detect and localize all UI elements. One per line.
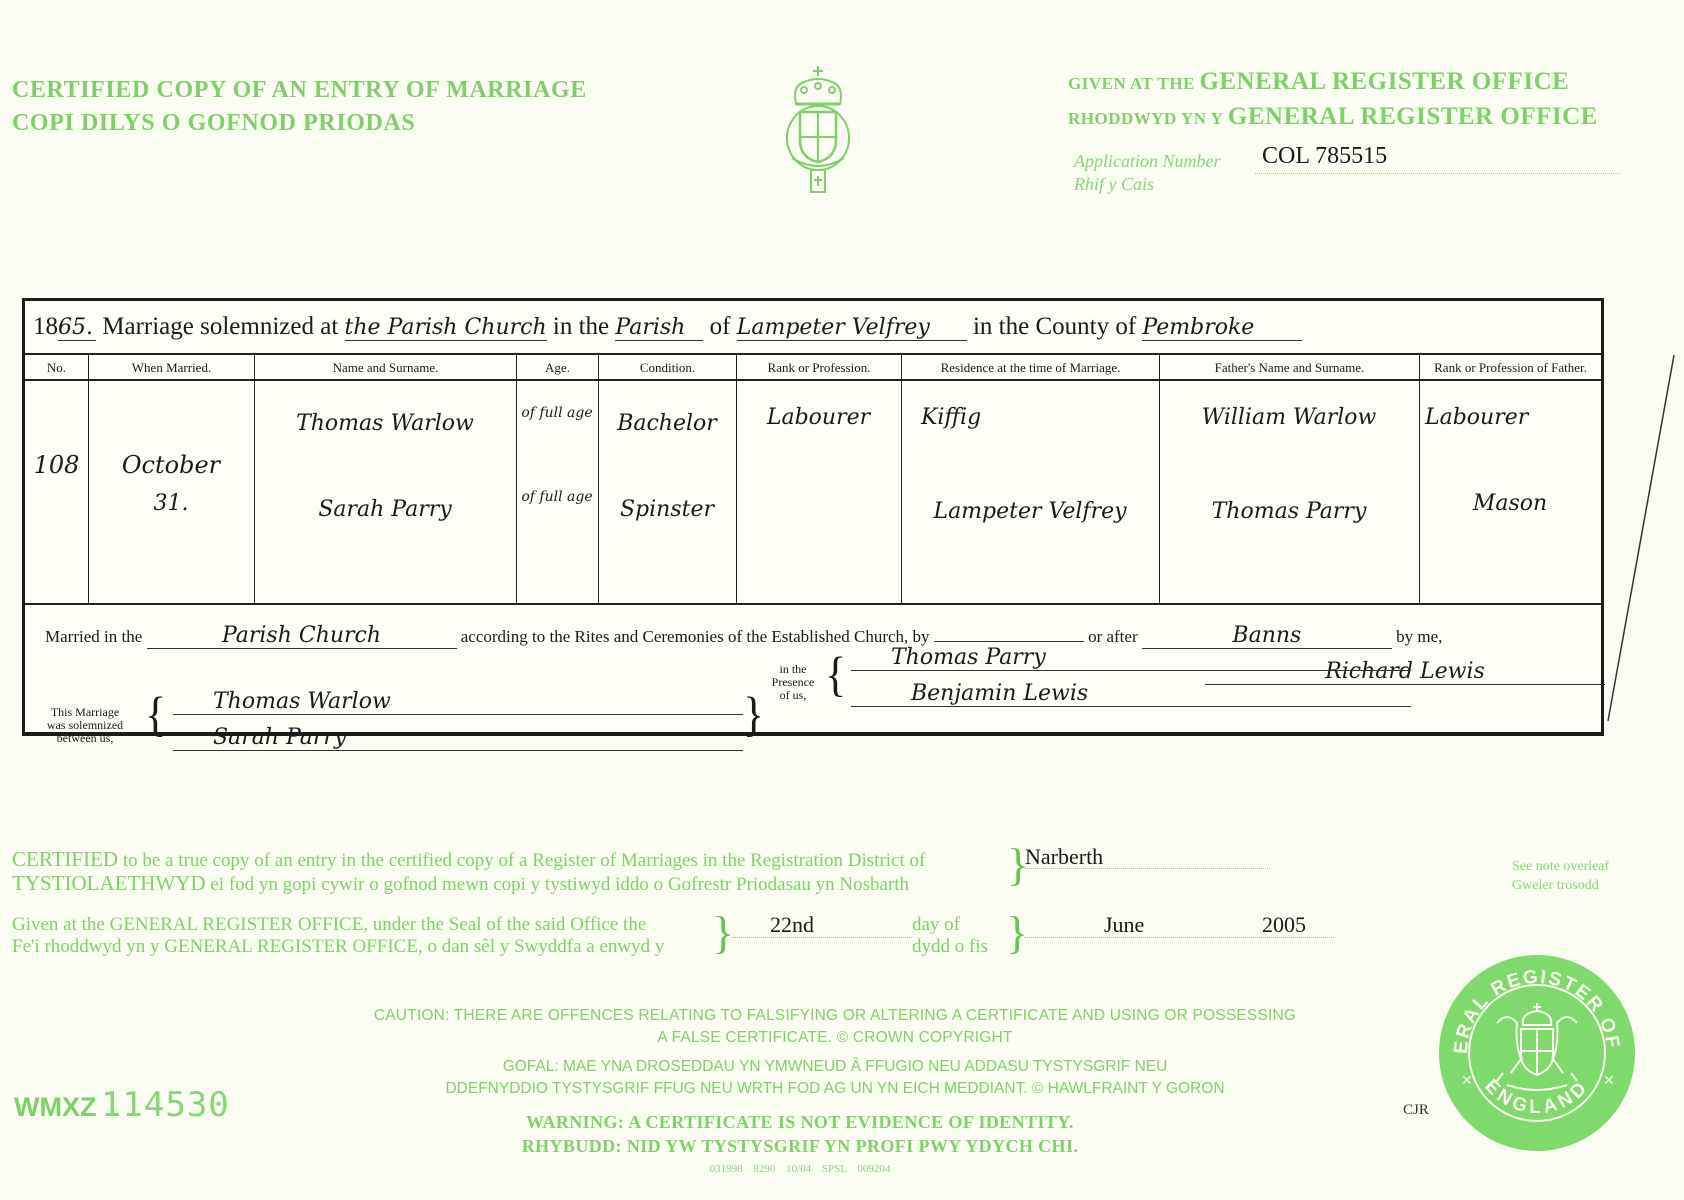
given-at-label: GIVEN AT THE bbox=[1068, 74, 1195, 93]
caution-notice-welsh: GOFAL: MAE YNA DROSEDDAU YN YMWNEUD Â FF… bbox=[290, 1056, 1380, 1100]
col-rank: Rank or Profession. bbox=[736, 355, 901, 379]
certified-text-welsh: ei fod yn gopi cywir o gofnod mewn copi … bbox=[210, 874, 909, 895]
by-value bbox=[934, 641, 1084, 642]
by-me-label: by me, bbox=[1396, 627, 1442, 646]
presence-label: in the Presence of us, bbox=[763, 663, 823, 702]
groom-rank: Labourer bbox=[736, 405, 901, 430]
bride-name: Sarah Parry bbox=[254, 497, 516, 522]
registration-district: Narberth bbox=[1025, 844, 1103, 870]
registrar-initials: CJR bbox=[1403, 1102, 1429, 1119]
party-1-signature: Thomas Warlow bbox=[173, 689, 743, 715]
marriage-day: 31. bbox=[88, 491, 254, 516]
application-dotted-line bbox=[1255, 173, 1620, 174]
royal-coat-of-arms-icon bbox=[782, 62, 854, 198]
issuing-office: GIVEN AT THE GENERAL REGISTER OFFICE RHO… bbox=[1068, 66, 1598, 136]
married-in-value: Parish Church bbox=[147, 623, 457, 649]
bride-condition: Spinster bbox=[598, 497, 736, 522]
col-father-rank: Rank or Profession of Father. bbox=[1419, 355, 1601, 379]
entry-number: 108 bbox=[25, 451, 88, 479]
serial-number: 114530 bbox=[101, 1085, 230, 1125]
certificate-serial: WMXZ 114530 bbox=[14, 1085, 230, 1125]
certified-lead: CERTIFIED bbox=[12, 847, 118, 871]
col-when-married: When Married. bbox=[88, 355, 254, 379]
gofal-line-2: DDEFNYDDIO TYSTYSGRIF FFUG NEU WRTH FOD … bbox=[290, 1078, 1380, 1100]
day-dotted-line bbox=[732, 937, 912, 938]
office-name-welsh: GENERAL REGISTER OFFICE bbox=[1228, 103, 1598, 130]
year-prefix: 18 bbox=[33, 313, 58, 340]
caution-line-2: A FALSE CERTIFICATE. © CROWN COPYRIGHT bbox=[290, 1027, 1380, 1049]
serial-prefix: WMXZ bbox=[14, 1092, 96, 1122]
caution-line-1: CAUTION: THERE ARE OFFENCES RELATING TO … bbox=[290, 1005, 1380, 1027]
svg-text:✕: ✕ bbox=[1603, 1072, 1615, 1088]
bride-age: of full age bbox=[516, 489, 598, 505]
register-entry: 1865. Marriage solemnized at the Parish … bbox=[22, 298, 1604, 736]
column-headers: No. When Married. Name and Surname. Age.… bbox=[25, 353, 1601, 381]
title-english: CERTIFIED COPY OF AN ENTRY OF MARRIAGE bbox=[12, 74, 587, 107]
issue-month: June bbox=[1104, 912, 1144, 938]
groom-residence: Kiffig bbox=[901, 405, 1159, 430]
application-number-label: Application Number Rhif y Cais bbox=[1074, 150, 1221, 196]
certification-statement: CERTIFIED to be a true copy of an entry … bbox=[12, 848, 925, 896]
in-the-label: in the bbox=[553, 313, 609, 340]
marriage-month: October bbox=[88, 451, 254, 479]
witness-2-signature: Benjamin Lewis bbox=[851, 681, 1411, 707]
between-us-label: This Marriage was solemnized between us, bbox=[35, 706, 135, 745]
warning-en: WARNING: A CERTIFICATE IS NOT EVIDENCE O… bbox=[400, 1110, 1200, 1134]
warning-cy: RHYBUDD: NID YW TYSTYSGRIF YN PROFI PWY … bbox=[400, 1134, 1200, 1158]
given-line-en: Given at the GENERAL REGISTER OFFICE, un… bbox=[12, 914, 664, 936]
application-label-en: Application Number bbox=[1074, 150, 1221, 173]
svg-text:✕: ✕ bbox=[1461, 1072, 1473, 1088]
groom-condition: Bachelor bbox=[598, 411, 736, 436]
col-condition: Condition. bbox=[598, 355, 736, 379]
see-note-overleaf: See note overleaf Gweler trosodd bbox=[1512, 857, 1609, 895]
register-heading: 1865. Marriage solemnized at the Parish … bbox=[33, 313, 1302, 341]
of-label: of bbox=[710, 313, 731, 340]
day-brace: } bbox=[712, 910, 734, 956]
day-of-label: day of dydd o fis bbox=[912, 914, 988, 958]
rites-label: according to the Rites and Ceremonies of… bbox=[461, 627, 930, 646]
presence-brace: { bbox=[825, 651, 846, 699]
groom-father-rank: Labourer bbox=[1419, 405, 1601, 430]
day-of-cy: dydd o fis bbox=[912, 936, 988, 958]
col-age: Age. bbox=[516, 355, 598, 379]
certified-lead-welsh: TYSTIOLAETHWYD bbox=[12, 871, 206, 895]
given-statement: Given at the GENERAL REGISTER OFFICE, un… bbox=[12, 914, 664, 958]
issue-day: 22nd bbox=[770, 912, 814, 938]
certificate-title: CERTIFIED COPY OF AN ENTRY OF MARRIAGE C… bbox=[12, 74, 587, 140]
col-no: No. bbox=[25, 355, 88, 379]
note-cy: Gweler trosodd bbox=[1512, 876, 1609, 895]
day-of-en: day of bbox=[912, 914, 988, 936]
month-dotted-line bbox=[1024, 937, 1334, 938]
given-at-label-welsh: RHODDWYD YN Y bbox=[1068, 109, 1223, 128]
issue-year: 2005 bbox=[1262, 912, 1306, 938]
party-2-signature: Sarah Parry bbox=[173, 725, 743, 751]
groom-father-name: William Warlow bbox=[1159, 405, 1419, 430]
district-dotted-line bbox=[1025, 868, 1270, 869]
application-label-cy: Rhif y Cais bbox=[1074, 173, 1221, 196]
witness-1-signature: Thomas Parry bbox=[851, 645, 1411, 671]
identity-warning: WARNING: A CERTIFICATE IS NOT EVIDENCE O… bbox=[400, 1110, 1200, 1158]
right-brace: } bbox=[743, 691, 764, 739]
given-line-cy: Fe'i rhoddwyd yn y GENERAL REGISTER OFFI… bbox=[12, 936, 664, 958]
gofal-line-1: GOFAL: MAE YNA DROSEDDAU YN YMWNEUD Â FF… bbox=[290, 1056, 1380, 1078]
bride-father-rank: Mason bbox=[1419, 491, 1601, 516]
application-number: COL 785515 bbox=[1262, 143, 1387, 170]
year-suffix: 65. bbox=[58, 315, 96, 341]
between-label-line: between us, bbox=[35, 732, 135, 745]
title-welsh: COPI DILYS O GOFNOD PRIODAS bbox=[12, 107, 587, 140]
county-label: in the County of bbox=[973, 313, 1136, 340]
county-name: Pembroke bbox=[1142, 315, 1302, 341]
margin-rule bbox=[1604, 345, 1684, 725]
solemnized-label: Marriage solemnized at bbox=[102, 313, 338, 340]
parish-word: Parish bbox=[615, 315, 703, 341]
groom-age: of full age bbox=[516, 405, 598, 421]
presence-label-line: of us, bbox=[763, 689, 823, 702]
solemnized-place: the Parish Church bbox=[345, 315, 547, 341]
left-brace: { bbox=[145, 691, 166, 739]
col-father-name: Father's Name and Surname. bbox=[1159, 355, 1419, 379]
bride-father-name: Thomas Parry bbox=[1159, 499, 1419, 524]
col-residence: Residence at the time of Marriage. bbox=[901, 355, 1159, 379]
print-code: 031998 8290 10/04 SPSL 009204 bbox=[400, 1163, 1200, 1175]
groom-name: Thomas Warlow bbox=[254, 411, 516, 436]
month-brace: } bbox=[1006, 910, 1028, 956]
married-in-label: Married in the bbox=[45, 627, 142, 646]
or-after-label: or after bbox=[1088, 627, 1138, 646]
gro-seal-icon: GENERAL REGISTER OFFICE ENGLAND ✕ ✕ bbox=[1437, 953, 1637, 1153]
parish-name: Lampeter Velfrey bbox=[737, 315, 967, 341]
col-name: Name and Surname. bbox=[254, 355, 516, 379]
note-en: See note overleaf bbox=[1512, 857, 1609, 876]
bride-residence: Lampeter Velfrey bbox=[901, 499, 1159, 524]
entry-divider bbox=[25, 603, 1601, 605]
certified-text: to be a true copy of an entry in the cer… bbox=[123, 850, 926, 871]
office-name: GENERAL REGISTER OFFICE bbox=[1199, 68, 1569, 95]
caution-notice: CAUTION: THERE ARE OFFENCES RELATING TO … bbox=[290, 1005, 1380, 1049]
